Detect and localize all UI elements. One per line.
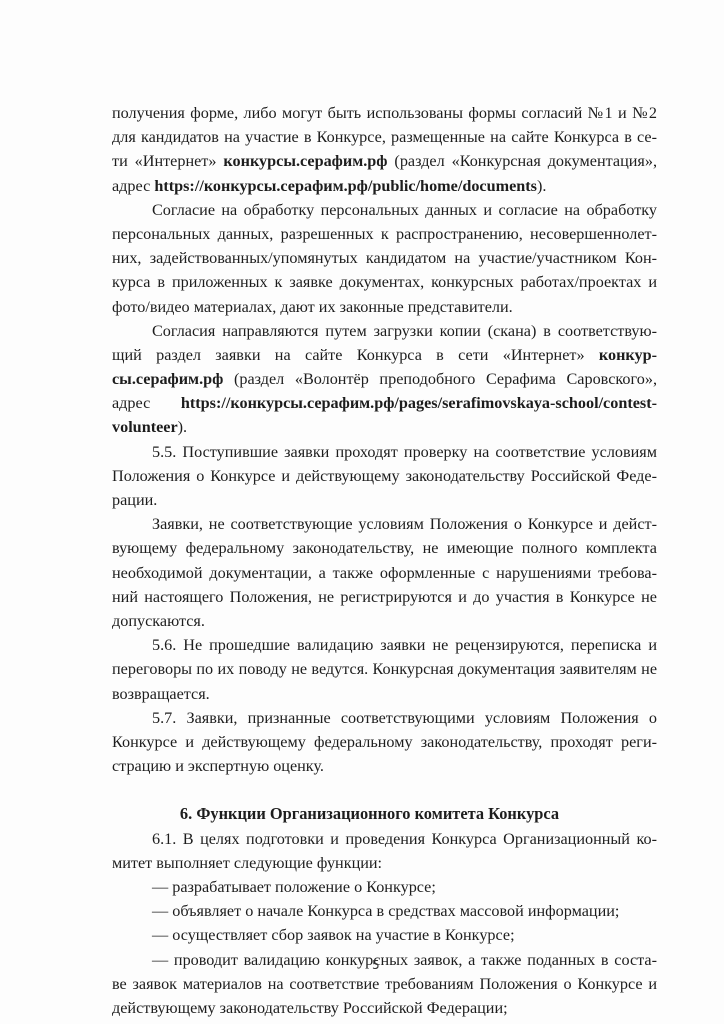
paragraph-line: ве заявок материалов на соответствие тре… — [112, 972, 657, 996]
text-run: — объявляет о начале Конкурса в средства… — [152, 902, 619, 920]
paragraph-line: адрес https://конкурсы.серафим.рф/public… — [112, 174, 657, 198]
paragraph-line: необходимой документации, а также оформл… — [112, 561, 657, 585]
text-run: необходимой документации, а также оформл… — [112, 564, 657, 582]
text-run: — проводит валидацию конкурсных заявок, … — [152, 951, 657, 969]
paragraph-line: митет выполняет следующие функции: — [112, 851, 657, 875]
paragraph-first-line: Согласия направляются путем загрузки коп… — [112, 319, 657, 343]
paragraph-first-line: — проводит валидацию конкурсных заявок, … — [112, 948, 657, 972]
paragraph-line: Конкурсе и действующему федеральному зак… — [112, 730, 657, 754]
text-run: Согласия направляются путем загрузки коп… — [152, 322, 657, 340]
paragraph-line: сы.серафим.рф (раздел «Волонтёр преподоб… — [112, 367, 657, 391]
paragraph-line: страцию и экспертную оценку. — [112, 754, 657, 778]
bold-text: volunteer — [112, 418, 178, 436]
bold-text: конкур- — [599, 346, 657, 364]
paragraph-first-line: 5.5. Поступившие заявки проходят проверк… — [112, 440, 657, 464]
text-run: ти «Интернет» — [112, 152, 223, 170]
text-run: возвращается. — [112, 685, 210, 703]
paragraph-line: щий раздел заявки на сайте Конкурса в се… — [112, 343, 657, 367]
paragraph-line: адрес https://конкурсы.серафим.рф/pages/… — [112, 391, 657, 415]
text-run: ве заявок материалов на соответствие тре… — [112, 975, 657, 993]
bold-text: https://конкурсы.серафим.рф/pages/serafi… — [181, 394, 657, 412]
text-run: курса в приложенных к заявке документах,… — [112, 273, 657, 291]
paragraph-line: для кандидатов на участие в Конкурсе, ра… — [112, 125, 657, 149]
text-run: — разрабатывает положение о Конкурсе; — [152, 878, 436, 896]
text-run: ний настоящего Положения, не регистрирую… — [112, 588, 657, 606]
page-number: 5 — [372, 958, 380, 972]
text-run: ). — [178, 418, 187, 436]
paragraph-first-line: 6.1. В целях подготовки и проведения Кон… — [112, 827, 657, 851]
document-page: получения форме, либо могут быть использ… — [0, 0, 724, 1024]
paragraph-line: ний настоящего Положения, не регистрирую… — [112, 585, 657, 609]
text-run: 5.7. Заявки, признанные соответствующими… — [152, 709, 657, 727]
text-run: рации. — [112, 491, 157, 509]
text-run: фото/видео материалах, дают их законные … — [112, 298, 513, 316]
text-run: 5.5. Поступившие заявки проходят проверк… — [152, 443, 657, 461]
document-body: получения форме, либо могут быть использ… — [112, 101, 657, 1020]
paragraph-line: курса в приложенных к заявке документах,… — [112, 270, 657, 294]
paragraph-line: ти «Интернет» конкурсы.серафим.рф (разде… — [112, 149, 657, 173]
text-run: допускаются. — [112, 612, 205, 630]
paragraph-line: volunteer). — [112, 415, 657, 439]
text-run: адрес — [112, 394, 181, 412]
paragraph-first-line: 5.6. Не прошедшие валидацию заявки не ре… — [112, 633, 657, 657]
paragraph-first-line: Заявки, не соответствующие условиям Поло… — [112, 512, 657, 536]
paragraph-line: персональных данных, разрешенных к распр… — [112, 222, 657, 246]
paragraph-first-line: — объявляет о начале Конкурса в средства… — [112, 899, 657, 923]
text-run: переговоры по их поводу не ведутся. Конк… — [112, 660, 657, 678]
text-run: Положения о Конкурсе и действующему зако… — [112, 467, 657, 485]
paragraph-line: фото/видео материалах, дают их законные … — [112, 295, 657, 319]
text-run: действующему законодательству Российской… — [112, 999, 508, 1017]
text-run: для кандидатов на участие в Конкурсе, ра… — [112, 128, 657, 146]
paragraph-line: переговоры по их поводу не ведутся. Конк… — [112, 657, 657, 681]
paragraph-line: возвращается. — [112, 682, 657, 706]
text-run: вующему федеральному законодательству, н… — [112, 539, 657, 557]
text-run: Заявки, не соответствующие условиям Поло… — [152, 515, 657, 533]
bold-text: сы.серафим.рф — [112, 370, 223, 388]
text-run: щий раздел заявки на сайте Конкурса в се… — [112, 346, 599, 364]
text-run: Конкурсе и действующему федеральному зак… — [112, 733, 657, 751]
text-run: ). — [537, 177, 546, 195]
text-run: — осуществляет сбор заявок на участие в … — [152, 926, 515, 944]
text-run: 6. Функции Организационного комитета Кон… — [180, 804, 559, 823]
paragraph-first-line: — осуществляет сбор заявок на участие в … — [112, 923, 657, 947]
paragraph-line: допускаются. — [112, 609, 657, 633]
text-run: них, задействованных/упомянутых кандидат… — [112, 249, 657, 267]
paragraph-line: рации. — [112, 488, 657, 512]
text-run: (раздел «Волонтёр преподобного Серафима … — [223, 370, 657, 388]
text-run: митет выполняет следующие функции: — [112, 854, 382, 872]
text-run: персональных данных, разрешенных к распр… — [112, 225, 657, 243]
bold-text: https://конкурсы.серафим.рф/public/home/… — [154, 177, 537, 195]
paragraph-line: получения форме, либо могут быть использ… — [112, 101, 657, 125]
text-run: получения форме, либо могут быть использ… — [112, 104, 657, 122]
text-run: адрес — [112, 177, 154, 195]
paragraph-first-line: — разрабатывает положение о Конкурсе; — [112, 875, 657, 899]
text-run: Согласие на обработку персональных данны… — [152, 201, 657, 219]
text-run: (раздел «Конкурсная документация», — [388, 152, 658, 170]
paragraph-line: действующему законодательству Российской… — [112, 996, 657, 1020]
paragraph-first-line: Согласие на обработку персональных данны… — [112, 198, 657, 222]
paragraph-line: них, задействованных/упомянутых кандидат… — [112, 246, 657, 270]
blank-line — [112, 778, 657, 802]
paragraph-line: вующему федеральному законодательству, н… — [112, 536, 657, 560]
text-run: страцию и экспертную оценку. — [112, 757, 324, 775]
paragraph-line: Положения о Конкурсе и действующему зако… — [112, 464, 657, 488]
text-run: 5.6. Не прошедшие валидацию заявки не ре… — [152, 636, 657, 654]
paragraph-first-line: 5.7. Заявки, признанные соответствующими… — [112, 706, 657, 730]
section-heading: 6. Функции Организационного комитета Кон… — [82, 802, 657, 826]
bold-text: конкурсы.серафим.рф — [223, 152, 387, 170]
text-run: 6.1. В целях подготовки и проведения Кон… — [152, 830, 657, 848]
